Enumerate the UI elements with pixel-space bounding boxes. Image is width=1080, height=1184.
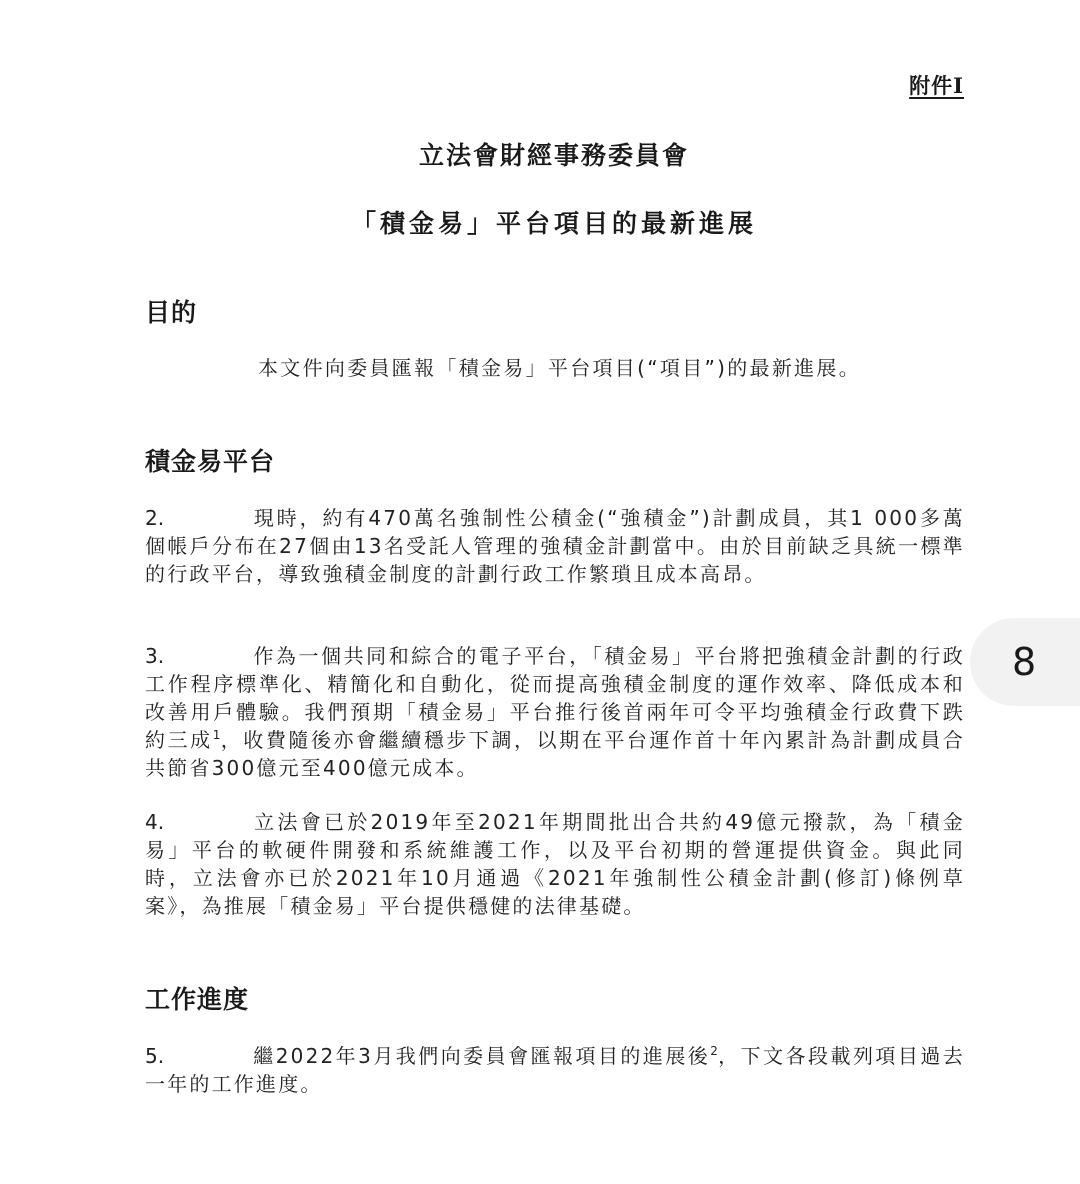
paragraph-number: 4.: [145, 808, 253, 836]
paragraph-number: 2.: [145, 504, 253, 532]
paragraph-text: 繼2022年3月我們向委員會匯報項目的進展後: [253, 1044, 710, 1068]
purpose-paragraph: 本文件向委員匯報「積金易」平台項目(“項目”)的最新進展。: [258, 352, 861, 381]
section-heading-progress: 工作進度: [145, 980, 249, 1016]
footnote-ref-2[interactable]: 2: [710, 1044, 718, 1058]
paragraph-3: 3.作為一個共同和綜合的電子平台，「積金易」平台將把強積金計劃的行政工作程序標準…: [145, 642, 965, 782]
paragraph-5: 5.繼2022年3月我們向委員會匯報項目的進展後2，下文各段載列項目過去一年的工…: [145, 1042, 965, 1098]
paragraph-text-continued: ，收費隨後亦會繼續穩步下調，以期在平台運作首十年內累計為計劃成員合共節省300億…: [145, 728, 965, 780]
section-heading-purpose: 目的: [145, 293, 197, 329]
paragraph-4: 4.立法會已於2019年至2021年期間批出合共約49億元撥款，為「積金易」平台…: [145, 808, 965, 920]
paragraph-text: 現時，約有470萬名強制性公積金(“強積金”)計劃成員，其1 000多萬個帳戶分…: [145, 506, 965, 586]
section-heading-platform: 積金易平台: [145, 442, 275, 478]
paragraph-text: 立法會已於2019年至2021年期間批出合共約49億元撥款，為「積金易」平台的軟…: [145, 810, 965, 918]
paragraph-2: 2.現時，約有470萬名強制性公積金(“強積金”)計劃成員，其1 000多萬個帳…: [145, 504, 965, 588]
annex-label: 附件I: [909, 70, 964, 100]
page-number-badge[interactable]: 8: [970, 618, 1080, 706]
paragraph-number: 3.: [145, 642, 253, 670]
document-title-committee: 立法會財經事務委員會: [0, 136, 1080, 172]
document-title-subject: 「積金易」平台項目的最新進展: [0, 204, 1080, 240]
paragraph-number: 5.: [145, 1042, 253, 1070]
